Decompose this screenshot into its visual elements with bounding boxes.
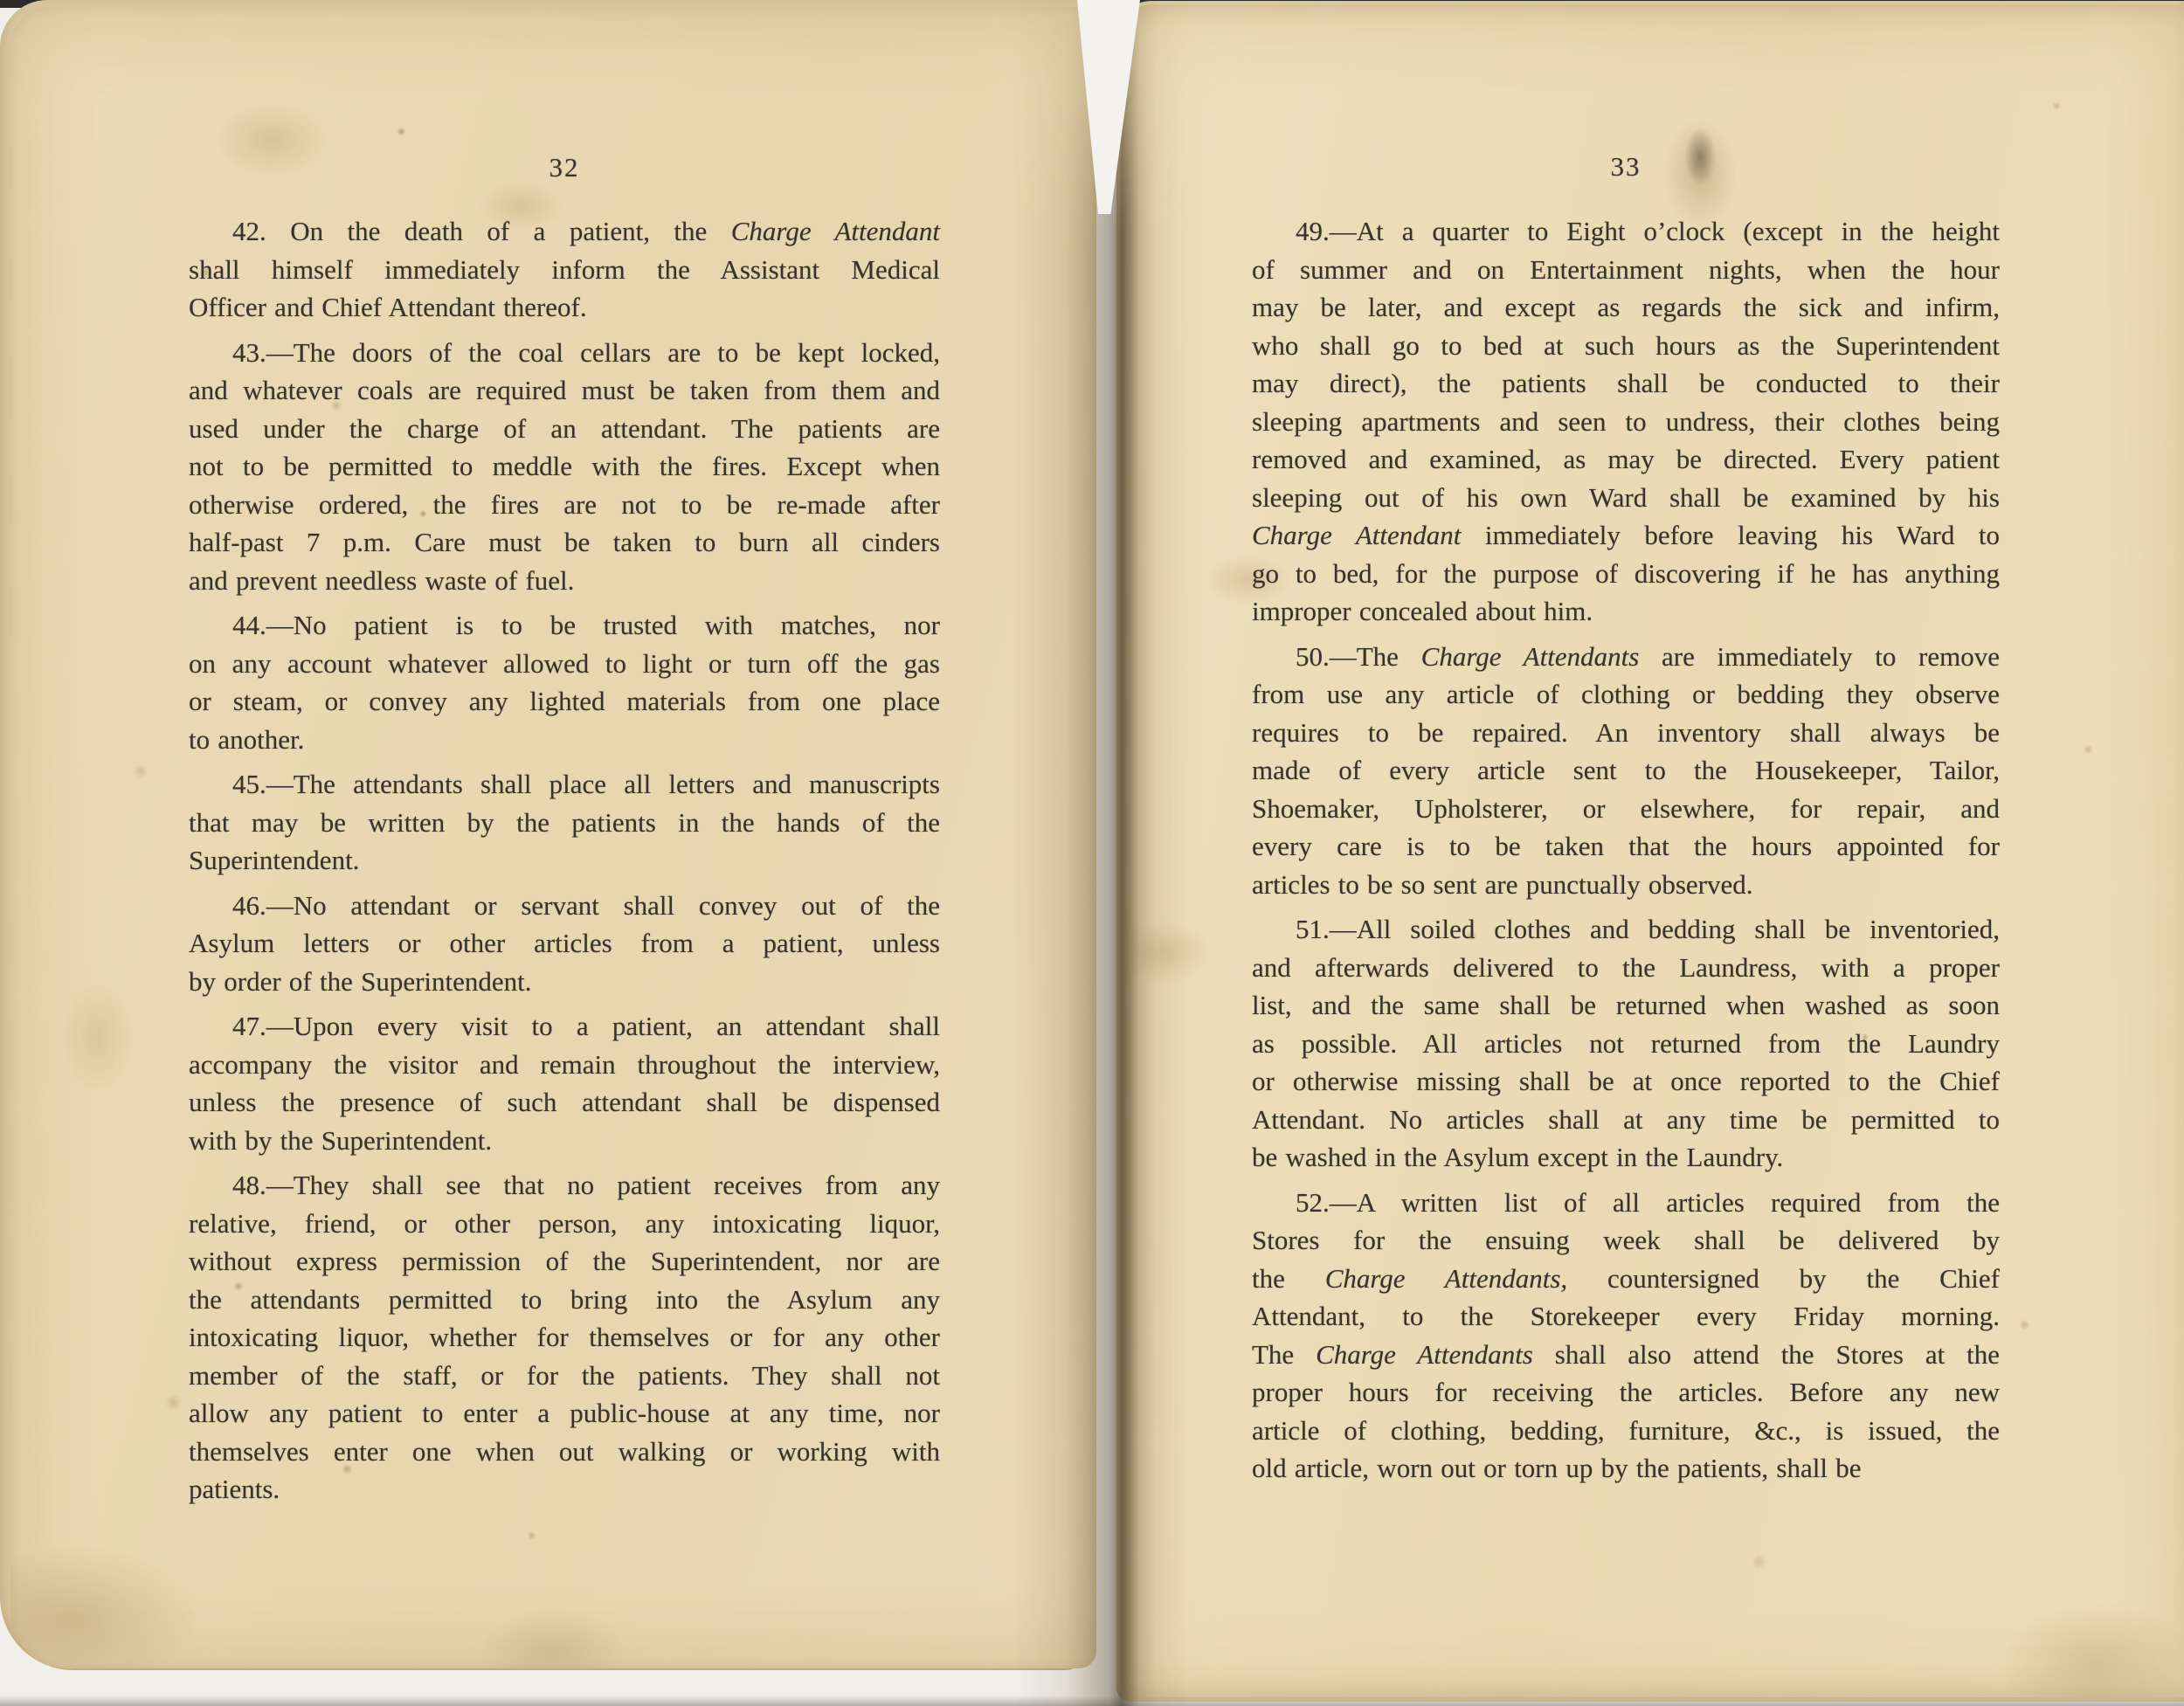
text-line: Officer and Chief Attendant thereof. — [189, 288, 940, 327]
rule-paragraph-49: 49.—At a quarter to Eight o’clock (excep… — [1252, 212, 2000, 631]
text-line: Charge Attendant immediately before leav… — [1252, 516, 2000, 555]
text-line: from use any article of clothing or bedd… — [1252, 675, 2000, 714]
rule-paragraph-45: 45.—The attendants shall place all lette… — [189, 765, 940, 880]
text-line: half-past 7 p.m. Care must be taken to b… — [189, 523, 940, 562]
text-line: sleeping out of his own Ward shall be ex… — [1252, 479, 2000, 517]
rule-paragraph-46: 46.—No attendant or servant shall convey… — [189, 887, 940, 1001]
text-line: of summer and on Entertainment nights, w… — [1252, 251, 2000, 289]
text-line: used under the charge of an attendant. T… — [189, 410, 940, 448]
text-line: Attendant, to the Storekeeper every Frid… — [1252, 1297, 2000, 1336]
text-line: list, and the same shall be returned whe… — [1252, 986, 2000, 1025]
text-line: the Charge Attendants, countersigned by … — [1252, 1260, 2000, 1298]
book-scan: 32 42. On the death of a patient, the Ch… — [0, 0, 2184, 1706]
text-line: on any account whatever allowed to light… — [189, 645, 940, 683]
text-line: Superintendent. — [189, 841, 940, 880]
text-line: old article, worn out or torn up by the … — [1252, 1449, 2000, 1488]
text-line: 45.—The attendants shall place all lette… — [189, 765, 940, 804]
text-line: 42. On the death of a patient, the Charg… — [189, 212, 940, 251]
text-line: or otherwise missing shall be at once re… — [1252, 1062, 2000, 1101]
text-line: and whatever coals are required must be … — [189, 371, 940, 410]
text-line: who shall go to bed at such hours as the… — [1252, 327, 2000, 365]
text-line: 51.—All soiled clothes and bedding shall… — [1252, 910, 2000, 949]
text-line: sleeping apartments and seen to undress,… — [1252, 403, 2000, 441]
left-page: 32 42. On the death of a patient, the Ch… — [10, 7, 1096, 1668]
rule-paragraph-48: 48.—They shall see that no patient recei… — [189, 1166, 940, 1509]
rule-paragraph-52: 52.—A written list of all articles requi… — [1252, 1184, 2000, 1488]
rule-paragraph-44: 44.—No patient is to be trusted with mat… — [189, 606, 940, 758]
text-line: improper concealed about him. — [1252, 592, 2000, 631]
rule-paragraph-47: 47.—Upon every visit to a patient, an at… — [189, 1007, 940, 1159]
text-line: Attendant. No articles shall at any time… — [1252, 1101, 2000, 1139]
page-number-right: 33 — [1252, 151, 2000, 183]
text-line: and prevent needless waste of fuel. — [189, 562, 940, 600]
text-line: to another. — [189, 721, 940, 759]
text-line: otherwise ordered, the fires are not to … — [189, 486, 940, 524]
text-line: shall himself immediately inform the Ass… — [189, 251, 940, 289]
text-line: or steam, or convey any lighted material… — [189, 682, 940, 721]
text-line: may direct), the patients shall be condu… — [1252, 364, 2000, 403]
text-line: by order of the Superintendent. — [189, 963, 940, 1001]
rule-paragraph-51: 51.—All soiled clothes and bedding shall… — [1252, 910, 2000, 1177]
text-line: 49.—At a quarter to Eight o’clock (excep… — [1252, 212, 2000, 251]
text-line: removed and examined, as may be directed… — [1252, 440, 2000, 479]
rule-paragraph-42: 42. On the death of a patient, the Charg… — [189, 212, 940, 327]
page-number-left: 32 — [189, 152, 940, 183]
text-line: Stores for the ensuing week shall be del… — [1252, 1221, 2000, 1260]
text-line: requires to be repaired. An inventory sh… — [1252, 714, 2000, 752]
text-line: 48.—They shall see that no patient recei… — [189, 1166, 940, 1205]
text-line: accompany the visitor and remain through… — [189, 1046, 940, 1084]
text-line: not to be permitted to meddle with the f… — [189, 447, 940, 486]
right-page-text: 49.—At a quarter to Eight o’clock (excep… — [1252, 212, 2000, 1488]
rule-paragraph-43: 43.—The doors of the coal cellars are to… — [189, 334, 940, 600]
text-line: be washed in the Asylum except in the La… — [1252, 1138, 2000, 1177]
text-line: article of clothing, bedding, furniture,… — [1252, 1412, 2000, 1450]
text-line: Asylum letters or other articles from a … — [189, 924, 940, 963]
text-line: The Charge Attendants shall also attend … — [1252, 1336, 2000, 1374]
text-line: as possible. All articles not returned f… — [1252, 1025, 2000, 1063]
text-line: 50.—The Charge Attendants are immediatel… — [1252, 638, 2000, 676]
text-line: Shoemaker, Upholsterer, or elsewhere, fo… — [1252, 790, 2000, 828]
text-line: the attendants permitted to bring into t… — [189, 1281, 940, 1319]
text-line: may be later, and except as regards the … — [1252, 288, 2000, 327]
text-line: with by the Superintendent. — [189, 1122, 940, 1160]
text-line: intoxicating liquor, whether for themsel… — [189, 1318, 940, 1357]
text-line: 52.—A written list of all articles requi… — [1252, 1184, 2000, 1222]
text-line: made of every article sent to the Housek… — [1252, 751, 2000, 790]
text-line: without express permission of the Superi… — [189, 1242, 940, 1281]
text-line: that may be written by the patients in t… — [189, 804, 940, 842]
text-line: articles to be so sent are punctually ob… — [1252, 866, 2000, 904]
text-line: proper hours for receiving the articles.… — [1252, 1373, 2000, 1412]
rule-paragraph-50: 50.—The Charge Attendants are immediatel… — [1252, 638, 2000, 904]
text-line: themselves enter one when out walking or… — [189, 1433, 940, 1471]
text-line: and afterwards delivered to the Laundres… — [1252, 949, 2000, 987]
text-line: 43.—The doors of the coal cellars are to… — [189, 334, 940, 372]
text-line: relative, friend, or other person, any i… — [189, 1205, 940, 1243]
text-line: allow any patient to enter a public-hous… — [189, 1394, 940, 1433]
text-line: 46.—No attendant or servant shall convey… — [189, 887, 940, 925]
text-line: patients. — [189, 1470, 940, 1509]
right-page: 33 49.—At a quarter to Eight o’clock (ex… — [1121, 4, 2184, 1697]
text-line: every care is to be taken that the hours… — [1252, 827, 2000, 866]
text-line: 47.—Upon every visit to a patient, an at… — [189, 1007, 940, 1046]
left-page-text: 42. On the death of a patient, the Charg… — [189, 212, 940, 1509]
text-line: member of the staff, or for the patients… — [189, 1357, 940, 1395]
text-line: 44.—No patient is to be trusted with mat… — [189, 606, 940, 645]
text-line: go to bed, for the purpose of discoverin… — [1252, 555, 2000, 593]
text-line: unless the presence of such attendant sh… — [189, 1083, 940, 1122]
